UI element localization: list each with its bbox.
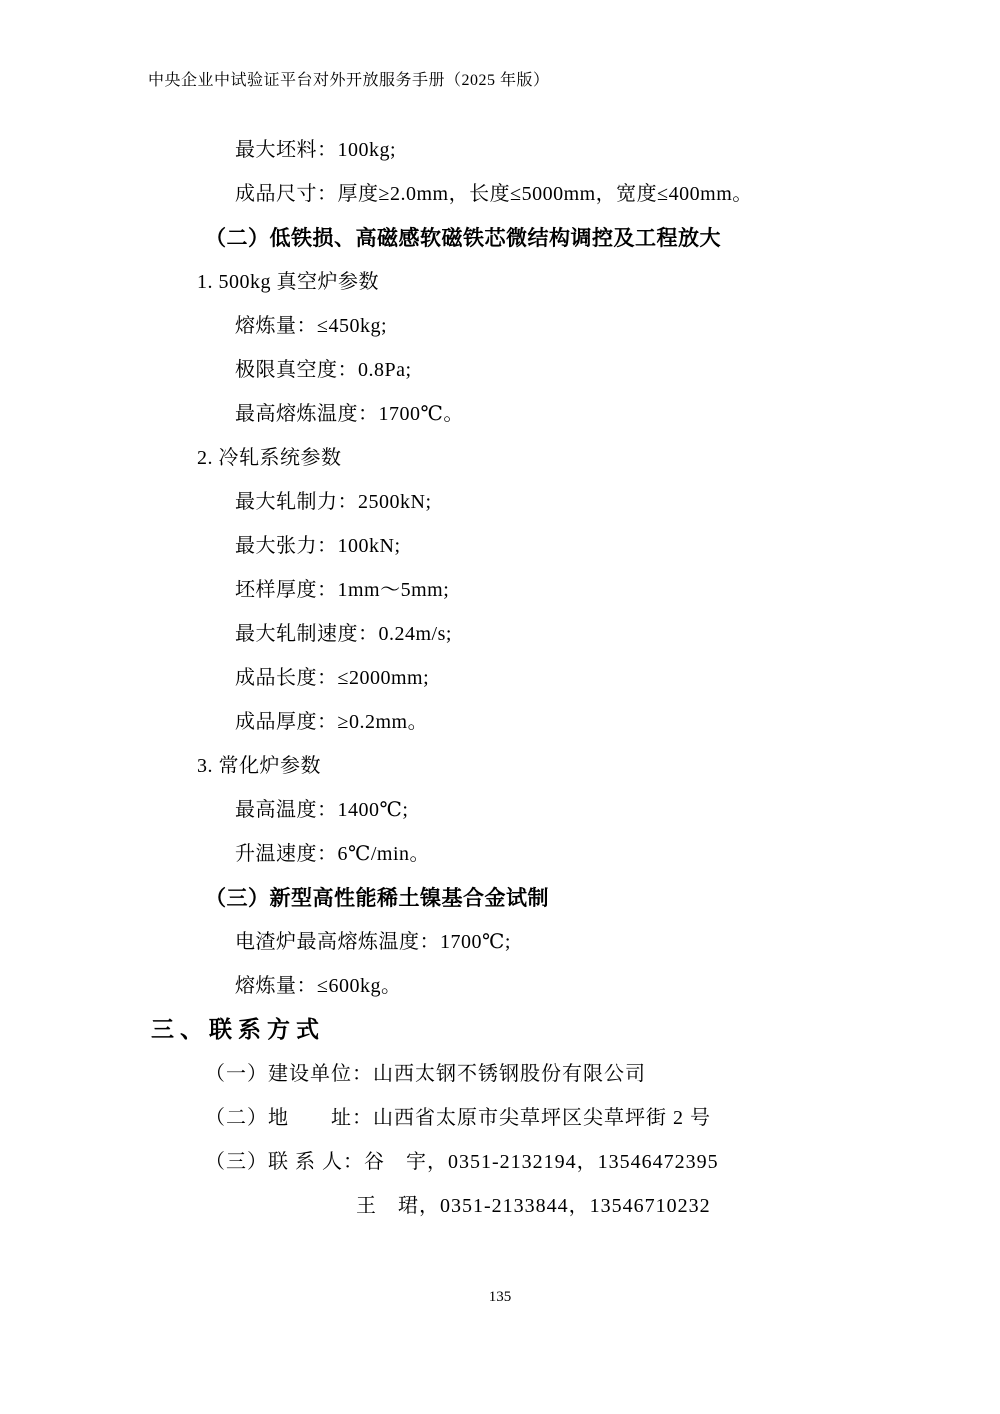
text-line: 最高熔炼温度：1700℃。	[0, 392, 1000, 436]
text-line: 最大坯料：100kg;	[0, 128, 1000, 172]
section-heading: 三、联系方式	[0, 1008, 1000, 1052]
text-line: （一）建设单位：山西太钢不锈钢股份有限公司	[0, 1052, 1000, 1096]
text-line: 成品尺寸：厚度≥2.0mm，长度≤5000mm，宽度≤400mm。	[0, 172, 1000, 216]
text-line: 极限真空度：0.8Pa;	[0, 348, 1000, 392]
text-line: 最高温度：1400℃;	[0, 788, 1000, 832]
text-line: 3. 常化炉参数	[0, 744, 1000, 788]
text-line: 成品厚度：≥0.2mm。	[0, 700, 1000, 744]
text-line: 最大张力：100kN;	[0, 524, 1000, 568]
page-number: 135	[0, 1286, 1000, 1308]
text-line: 电渣炉最高熔炼温度：1700℃;	[0, 920, 1000, 964]
text-line: 成品长度：≤2000mm;	[0, 656, 1000, 700]
subsection-heading: （三）新型高性能稀土镍基合金试制	[0, 876, 1000, 920]
text-line: 王 珺，0351-2133844，13546710232	[0, 1184, 1000, 1228]
text-line: 最大轧制力：2500kN;	[0, 480, 1000, 524]
document-body: 最大坯料：100kg;成品尺寸：厚度≥2.0mm，长度≤5000mm，宽度≤40…	[0, 128, 1000, 1228]
text-line: 升温速度：6℃/min。	[0, 832, 1000, 876]
text-line: 熔炼量：≤450kg;	[0, 304, 1000, 348]
text-line: 2. 冷轧系统参数	[0, 436, 1000, 480]
page-header-text: 中央企业中试验证平台对外开放服务手册（2025 年版）	[148, 70, 550, 92]
text-line: 熔炼量：≤600kg。	[0, 964, 1000, 1008]
text-line: 坯样厚度：1mm～5mm;	[0, 568, 1000, 612]
text-line: （三）联 系 人：谷 宇，0351-2132194，13546472395	[0, 1140, 1000, 1184]
text-line: 最大轧制速度：0.24m/s;	[0, 612, 1000, 656]
document-page: 中央企业中试验证平台对外开放服务手册（2025 年版） 最大坯料：100kg;成…	[0, 0, 1000, 1414]
text-line: （二）地 址：山西省太原市尖草坪区尖草坪街 2 号	[0, 1096, 1000, 1140]
text-line: 1. 500kg 真空炉参数	[0, 260, 1000, 304]
subsection-heading: （二）低铁损、高磁感软磁铁芯微结构调控及工程放大	[0, 216, 1000, 260]
